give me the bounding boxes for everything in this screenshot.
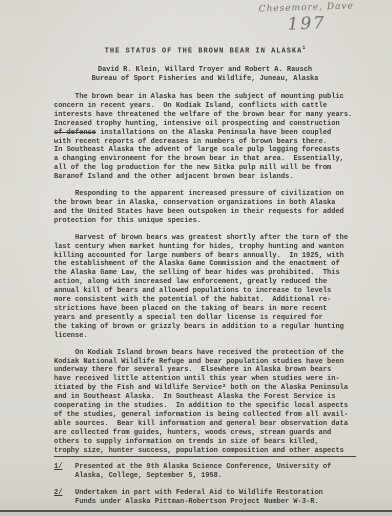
paragraph-1-text-before: The brown bear in Alaska has been the su… — [54, 93, 352, 128]
document-content: THE STATUS OF THE BROWN BEAR IN ALASKA1 … — [54, 44, 356, 515]
scan-background-strip — [0, 512, 392, 516]
paragraph-1-text-after-struck: installations on the Alaska Peninsula ha… — [96, 129, 331, 137]
body-paragraph-2: Responding to the apparent increased pre… — [54, 190, 356, 226]
byline-block: David R. Klein, Willard Troyer and Rober… — [54, 66, 356, 84]
body-paragraph-1: The brown bear in Alaska has been the su… — [54, 93, 356, 182]
body-paragraph-3: Harvest of brown bears was greatest shor… — [54, 234, 356, 341]
footnote-2-text: Undertaken in part with Federal Aid to W… — [75, 489, 323, 507]
affiliation-line: Bureau of Sport Fisheries and Wildlife, … — [54, 75, 356, 84]
footnote-2-marker: 2/ — [54, 489, 75, 507]
document-title-text: THE STATUS OF THE BROWN BEAR IN ALASKA — [105, 47, 303, 55]
footnote-item-1: 1/ Presented at the 9th Alaska Science C… — [54, 463, 356, 481]
document-title: THE STATUS OF THE BROWN BEAR IN ALASKA1 — [54, 44, 356, 56]
struck-out-text: of defense — [54, 129, 96, 137]
paragraph-1-text-rest: with recent reports of decreases in numb… — [54, 138, 344, 182]
title-footnote-reference: 1 — [302, 45, 305, 51]
body-paragraph-4: On Kodiak Island brown bears have receiv… — [54, 349, 356, 456]
footnote-item-2: 2/ Undertaken in part with Federal Aid t… — [54, 489, 356, 507]
footnote-separator-rule — [54, 456, 356, 457]
author-line: David R. Klein, Willard Troyer and Rober… — [54, 66, 356, 75]
handwritten-page-number: 197 — [259, 12, 355, 35]
handwritten-annotation: Chesemore, Dave 197 — [258, 1, 354, 35]
footnote-1-marker: 1/ — [54, 463, 75, 481]
scanned-document-page: Chesemore, Dave 197 THE STATUS OF THE BR… — [0, 0, 392, 516]
footnote-1-text: Presented at the 9th Alaska Science Conf… — [75, 463, 331, 481]
